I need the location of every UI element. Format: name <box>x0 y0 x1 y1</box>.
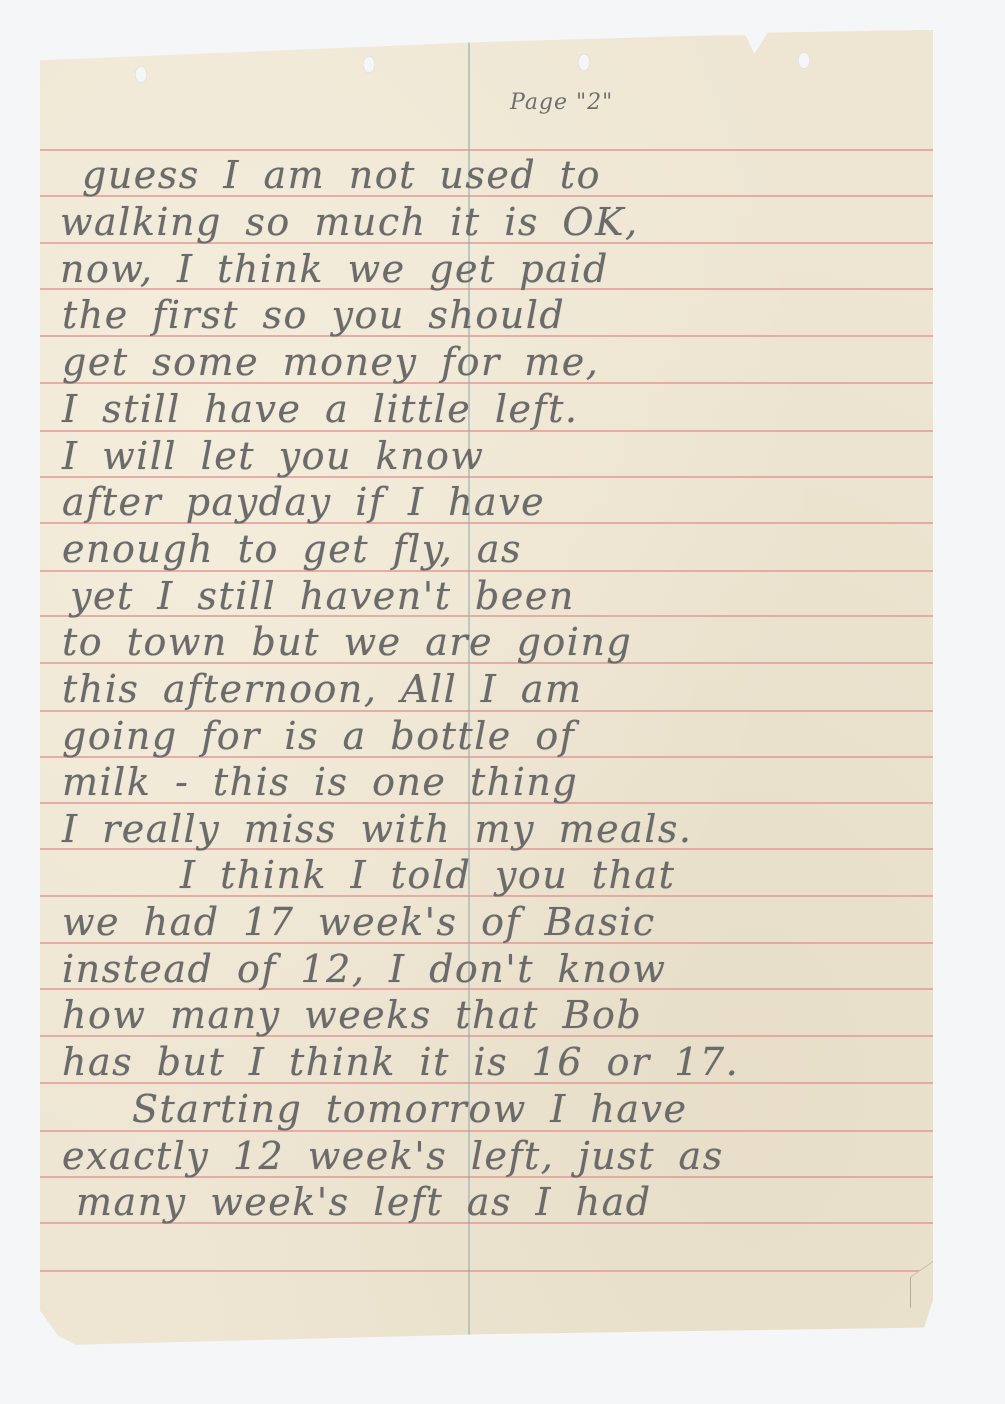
punch-hole <box>798 52 810 69</box>
handwritten-line: the first so you should <box>62 293 565 337</box>
handwritten-line: how many weeks that Bob <box>62 993 642 1037</box>
handwritten-line: yet I still haven't been <box>70 574 575 618</box>
handwritten-line: Starting tomorrow I have <box>132 1087 687 1131</box>
handwritten-line: walking so much it is OK, <box>60 200 639 244</box>
scanned-page: Page "2" guess I am not used to walking … <box>0 0 1005 1404</box>
handwritten-line: get some money for me, <box>62 340 599 384</box>
handwritten-line: guess I am not used to <box>82 153 601 197</box>
punch-hole <box>363 56 375 73</box>
handwritten-line: enough to get fly, as <box>62 527 522 571</box>
handwritten-line: I still have a little left. <box>62 387 578 431</box>
punch-hole <box>578 54 590 71</box>
handwritten-line: instead of 12, I don't know <box>62 947 666 991</box>
handwritten-line: many week's left as I had <box>76 1180 652 1224</box>
handwritten-line: now, I think we get paid <box>60 247 609 291</box>
handwritten-line: I really miss with my meals. <box>62 807 693 851</box>
punch-hole <box>135 66 147 83</box>
handwritten-line: exactly 12 week's left, just as <box>62 1134 724 1178</box>
handwritten-line: after payday if I have <box>62 480 545 524</box>
ruled-line <box>40 1270 933 1272</box>
ruled-line <box>40 149 933 151</box>
handwritten-line: going for is a bottle of <box>62 714 575 758</box>
handwritten-line: milk - this is one thing <box>62 760 578 804</box>
page-number-label: Page "2" <box>510 90 613 115</box>
handwritten-line: I think I told you that <box>180 853 675 897</box>
letter-paper: Page "2" guess I am not used to walking … <box>40 30 933 1350</box>
handwritten-line: to town but we are going <box>62 620 632 664</box>
handwritten-line: has but I think it is 16 or 17. <box>62 1040 739 1084</box>
handwritten-line: I will let you know <box>62 434 484 478</box>
handwritten-line: this afternoon, All I am <box>62 667 583 711</box>
handwritten-line: we had 17 week's of Basic <box>62 900 656 944</box>
